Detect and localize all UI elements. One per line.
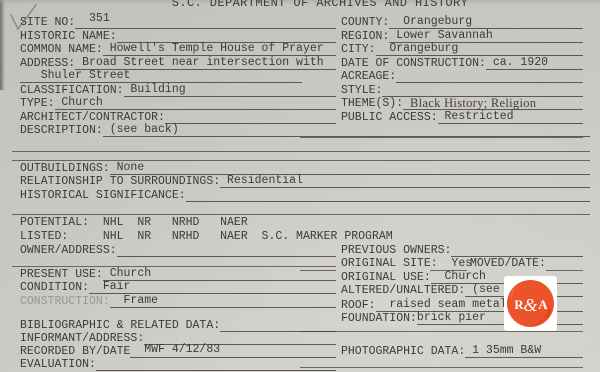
field-line: Residential xyxy=(220,174,590,188)
field-line xyxy=(186,188,590,202)
field-label: PUBLIC ACCESS: xyxy=(341,112,438,124)
ruled-line xyxy=(300,137,583,138)
field-value: NHL NR NRHD NAER S.C. MARKER PROGRAM xyxy=(103,231,393,243)
field-label: HISTORIC NAME: xyxy=(20,31,117,43)
field-label: PHOTOGRAPHIC DATA: xyxy=(341,346,465,358)
field-label: ORIGINAL SITE: xyxy=(341,258,438,270)
field-label: REGION: xyxy=(341,31,389,43)
field-value: (see back) xyxy=(110,124,179,136)
field-value: 1 35mm B&W xyxy=(472,345,541,357)
field-label: PREVIOUS OWNERS: xyxy=(341,245,451,257)
field-line: NHL NR NRHD NAER xyxy=(89,216,336,229)
field-line xyxy=(220,318,336,332)
ra-watermark-logo: R & A xyxy=(504,276,557,331)
field-line: Howell's Temple House of Prayer xyxy=(103,42,336,56)
field-acreage: ACREAGE: xyxy=(341,70,583,83)
field-line: Church xyxy=(55,96,336,110)
field-label: COUNTY: xyxy=(341,17,389,29)
field-label: SITE NO: xyxy=(20,17,75,29)
field-label: PRESENT USE: xyxy=(20,269,103,281)
ruled-line xyxy=(12,266,336,267)
ruled-line xyxy=(12,151,590,152)
field-label: POTENTIAL: xyxy=(20,217,89,229)
field-address-cont: Shuler Street xyxy=(20,70,302,83)
field-value: raised seam metal xyxy=(389,299,506,311)
field-label: FOUNDATION: xyxy=(341,313,417,325)
field-line: None xyxy=(110,161,590,175)
field-line: Restricted xyxy=(438,110,583,124)
field-label: ARCHITECT/CONTRACTOR: xyxy=(20,112,165,124)
field-line: ca. 1920 xyxy=(486,56,583,70)
field-relationship-to-surroundings: RELATIONSHIP TO SURROUNDINGS:Residential xyxy=(20,175,590,188)
field-description: DESCRIPTION:(see back) xyxy=(20,124,590,137)
field-label: OWNER/ADDRESS: xyxy=(20,245,117,257)
field-label: STYLE: xyxy=(341,85,382,97)
field-line xyxy=(382,83,583,97)
field-county: COUNTY:Orangeburg xyxy=(341,16,583,29)
field-label: ACREAGE: xyxy=(341,71,396,83)
field-line xyxy=(451,243,583,257)
field-site-no: SITE NO:351 xyxy=(20,16,336,29)
field-line: Black History; Religion xyxy=(403,96,583,110)
logo-letter-a: A xyxy=(538,297,548,312)
field-line xyxy=(96,357,336,371)
field-line: MWF 4/12/83 xyxy=(130,344,336,358)
page-title: S.C. DEPARTMENT OF ARCHIVES AND HISTORY xyxy=(150,0,490,10)
field-value: Church xyxy=(110,268,151,280)
ra-logo-graphic: R & A xyxy=(504,276,557,331)
field-value: Frame xyxy=(124,295,159,307)
field-architect-contractor: ARCHITECT/CONTRACTOR: xyxy=(20,111,336,124)
field-historic-name: HISTORIC NAME: xyxy=(20,30,336,43)
field-value: Lower Savannah xyxy=(396,30,493,42)
field-themes: THEME(S):Black History; Religion xyxy=(341,97,583,110)
field-moved-date: MOVED/DATE: xyxy=(470,257,583,270)
field-public-access: PUBLIC ACCESS:Restricted xyxy=(341,111,583,124)
field-label: CONSTRUCTION: xyxy=(20,296,110,308)
field-line: Lower Savannah xyxy=(389,29,583,43)
field-line xyxy=(117,29,336,43)
field-label: COMMON NAME: xyxy=(20,44,103,56)
ruled-line xyxy=(300,367,583,368)
field-label: INFORMANT/ADDRESS: xyxy=(20,333,144,345)
field-line: (see back) xyxy=(103,123,590,137)
field-value: 351 xyxy=(89,13,110,25)
field-classification: CLASSIFICATION:Building xyxy=(20,84,336,97)
field-line: Orangeburg xyxy=(376,42,583,56)
field-city: CITY:Orangeburg xyxy=(341,43,583,56)
field-outbuildings: OUTBUILDINGS:None xyxy=(20,162,590,175)
ruled-line xyxy=(300,331,583,332)
field-line xyxy=(396,69,583,83)
field-label: ROOF: xyxy=(341,300,376,312)
field-line: 1 35mm B&W xyxy=(465,344,583,358)
ruled-line xyxy=(12,160,590,161)
field-line: 351 xyxy=(75,15,336,29)
field-value: Howell's Temple House of Prayer xyxy=(110,43,324,55)
field-value: MWF 4/12/83 xyxy=(144,344,220,356)
field-photographic-data: PHOTOGRAPHIC DATA:1 35mm B&W xyxy=(341,345,583,358)
field-listed: LISTED:NHL NR NRHD NAER S.C. MARKER PROG… xyxy=(20,230,336,243)
field-value: NHL NR NRHD NAER xyxy=(103,217,248,229)
field-region: REGION:Lower Savannah xyxy=(341,30,583,43)
field-present-use: PRESENT USE:Church xyxy=(20,268,336,281)
field-line xyxy=(165,110,336,124)
field-value: Broad Street near intersection with xyxy=(82,57,324,69)
field-line: Shuler Street xyxy=(20,69,302,83)
field-date-of-construction: DATE OF CONSTRUCTION:ca. 1920 xyxy=(341,57,583,70)
field-label: BIBLIOGRAPHIC & RELATED DATA: xyxy=(20,320,220,332)
field-previous-owners: PREVIOUS OWNERS: xyxy=(341,244,583,257)
scan-edge-left xyxy=(0,0,5,90)
field-type: TYPE:Church xyxy=(20,97,336,110)
ruled-line xyxy=(546,270,583,271)
field-construction: CONSTRUCTION:Frame xyxy=(20,295,336,308)
field-value: Church xyxy=(61,97,102,109)
field-line: NHL NR NRHD NAER S.C. MARKER PROGRAM xyxy=(68,230,336,243)
field-line: Fair xyxy=(89,280,336,294)
logo-ampersand: & xyxy=(523,295,537,315)
field-evaluation: EVALUATION: xyxy=(20,358,336,371)
field-label: THEME(S): xyxy=(341,98,403,110)
field-address: ADDRESS:Broad Street near intersection w… xyxy=(20,57,336,70)
field-label: HISTORICAL SIGNIFICANCE: xyxy=(20,190,186,202)
field-value: Orangeburg xyxy=(389,43,458,55)
field-value: Orangeburg xyxy=(403,16,472,28)
field-style: STYLE: xyxy=(341,84,583,97)
field-line: Broad Street near intersection with xyxy=(75,56,336,70)
field-value: Church xyxy=(445,271,486,283)
field-label: CITY: xyxy=(341,44,376,56)
field-label: ORIGINAL USE: xyxy=(341,272,431,284)
field-label: EVALUATION: xyxy=(20,359,96,371)
field-historical-significance: HISTORICAL SIGNIFICANCE: xyxy=(20,189,590,202)
field-value: Fair xyxy=(103,281,131,293)
field-label: TYPE: xyxy=(20,98,55,110)
field-line xyxy=(546,257,583,270)
field-line: brick pier xyxy=(417,311,583,325)
field-label: LISTED: xyxy=(20,231,68,243)
field-value: Residential xyxy=(227,175,303,187)
ruled-line xyxy=(12,214,590,215)
field-label: CLASSIFICATION: xyxy=(20,85,124,97)
field-line: Orangeburg xyxy=(389,15,583,29)
ruled-line xyxy=(430,270,467,271)
field-value: Black History; Religion xyxy=(410,97,536,109)
field-value: Building xyxy=(130,84,185,96)
field-value: brick pier xyxy=(417,312,486,324)
field-label: DATE OF CONSTRUCTION: xyxy=(341,58,486,70)
field-label: DESCRIPTION: xyxy=(20,125,103,137)
field-bibliographic-related-data: BIBLIOGRAPHIC & RELATED DATA: xyxy=(20,319,336,332)
field-label: ALTERED/UNALTERED: xyxy=(341,285,465,297)
field-label: CONDITION: xyxy=(20,282,89,294)
field-label: ADDRESS: xyxy=(20,58,75,70)
field-value: None xyxy=(117,162,145,174)
field-label: MOVED/DATE: xyxy=(470,258,546,270)
field-potential: POTENTIAL:NHL NR NRHD NAER xyxy=(20,216,336,229)
field-value: ca. 1920 xyxy=(493,57,548,69)
field-label: RELATIONSHIP TO SURROUNDINGS: xyxy=(20,176,220,188)
ruled-line xyxy=(300,270,336,271)
field-value: Shuler Street xyxy=(41,70,131,82)
field-owner-address: OWNER/ADDRESS: xyxy=(20,244,336,257)
field-condition: CONDITION:Fair xyxy=(20,281,336,294)
field-common-name: COMMON NAME:Howell's Temple House of Pra… xyxy=(20,43,336,56)
field-line: Frame xyxy=(110,294,336,308)
field-value: Restricted xyxy=(445,111,514,123)
field-label: OUTBUILDINGS: xyxy=(20,163,110,175)
field-line: Building xyxy=(124,83,336,97)
field-line xyxy=(117,243,336,257)
